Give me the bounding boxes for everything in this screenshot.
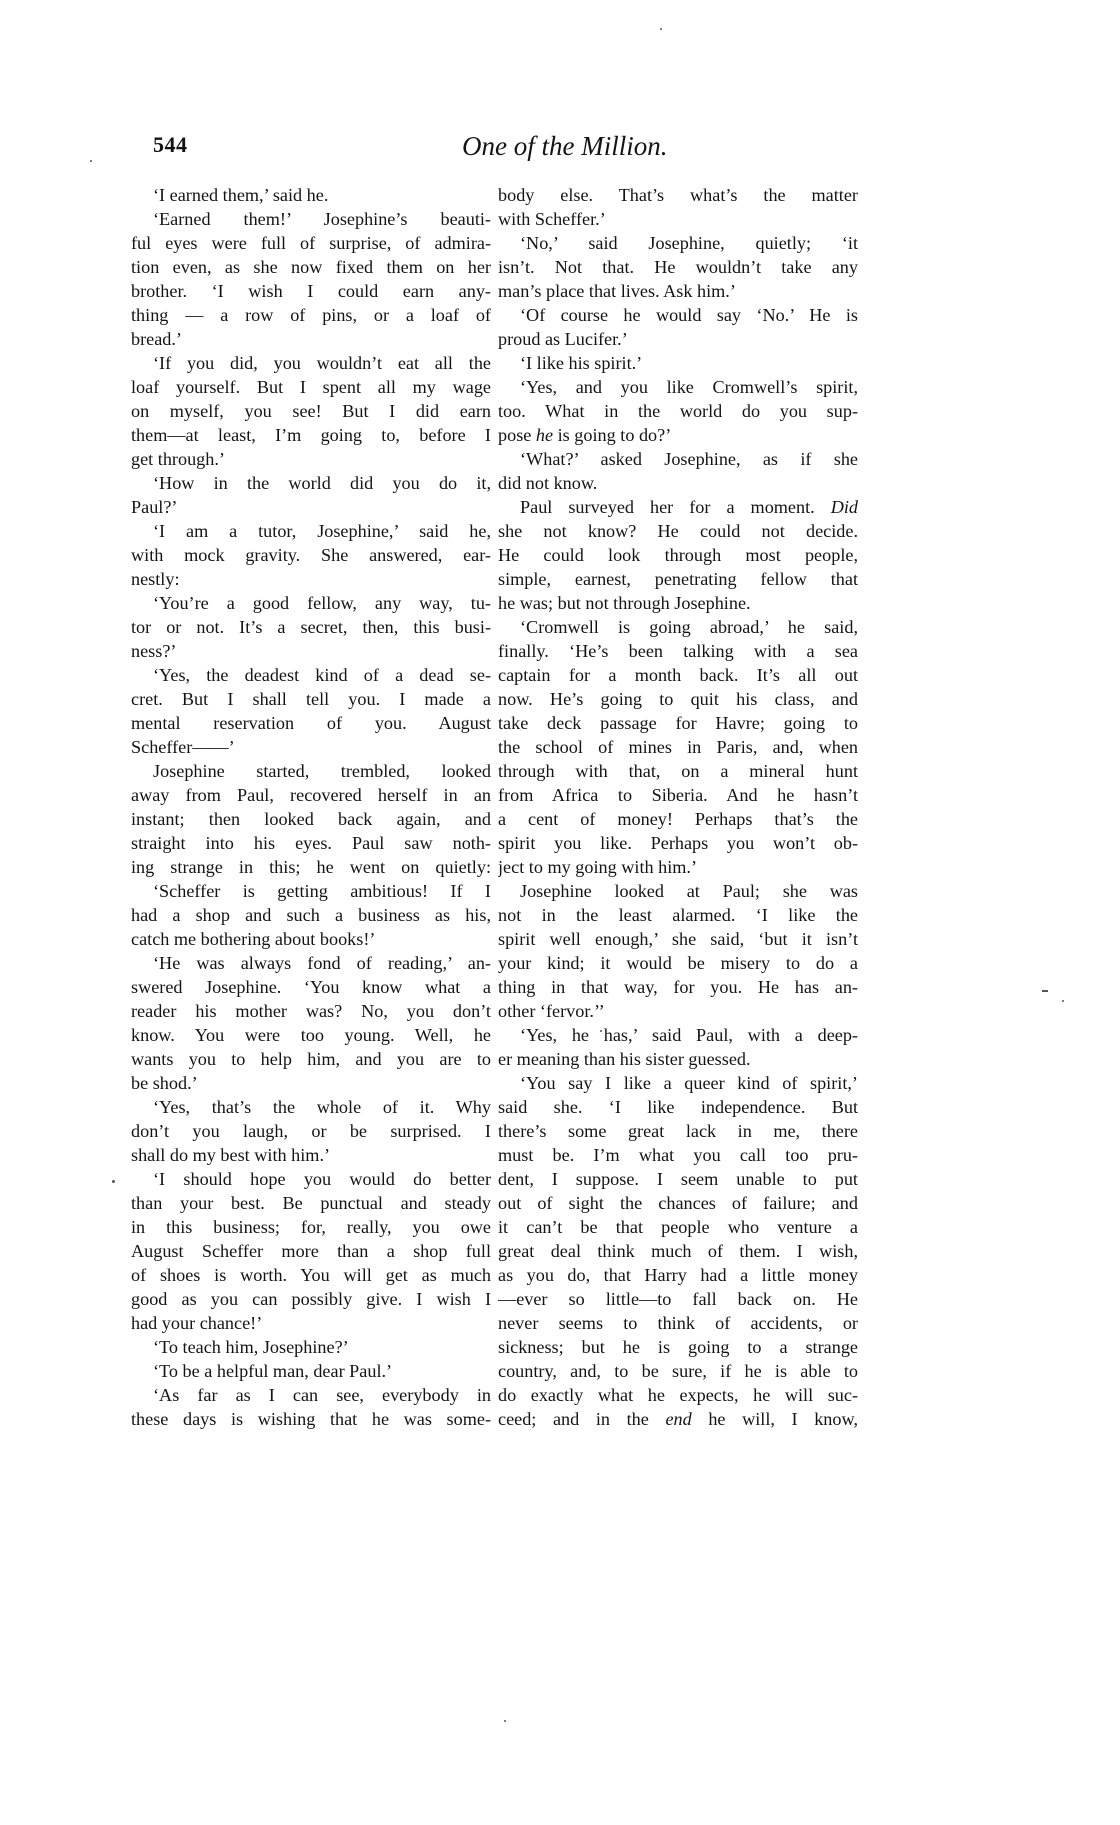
text-line: the school of mines in Paris, and, when xyxy=(498,735,858,759)
text-line: ness?’ xyxy=(131,639,491,663)
page-number: 544 xyxy=(153,132,188,158)
text-line: er meaning than his sister guessed. xyxy=(498,1047,858,1071)
scan-speck xyxy=(1062,1000,1064,1002)
text-line: ‘Of course he would say ‘No.’ He is xyxy=(498,303,858,327)
text-column-right: body else. That’s what’s the matterwith … xyxy=(498,183,858,1431)
emphasis: end xyxy=(665,1409,691,1429)
text-line: ‘I should hope you would do better xyxy=(131,1167,491,1191)
text-line: He could look through most people, xyxy=(498,543,858,567)
scan-speck xyxy=(1042,990,1048,992)
text-line: now. He’s going to quit his class, and xyxy=(498,687,858,711)
scan-speck xyxy=(112,1180,115,1183)
text-line: wants you to help him, and you are to xyxy=(131,1047,491,1071)
text-line: had your chance!’ xyxy=(131,1311,491,1335)
text-line: ‘How in the world did you do it, xyxy=(131,471,491,495)
scan-speck xyxy=(660,28,662,30)
text-line: ‘Yes, the deadest kind of a dead se- xyxy=(131,663,491,687)
text-line: —ever so little—to fall back on. He xyxy=(498,1287,858,1311)
text-line: spirit you like. Perhaps you won’t ob- xyxy=(498,831,858,855)
text-line: thing in that way, for you. He has an- xyxy=(498,975,858,999)
text-line: pose he is going to do?’ xyxy=(498,423,858,447)
text-line: ‘Scheffer is getting ambitious! If I xyxy=(131,879,491,903)
text-line: reader his mother was? No, you don’t xyxy=(131,999,491,1023)
text-line: tion even, as she now fixed them on her xyxy=(131,255,491,279)
text-line: be shod.’ xyxy=(131,1071,491,1095)
text-line: ‘No,’ said Josephine, quietly; ‘it xyxy=(498,231,858,255)
text-line: shall do my best with him.’ xyxy=(131,1143,491,1167)
text-line: get through.’ xyxy=(131,447,491,471)
text-line: ful eyes were full of surprise, of admir… xyxy=(131,231,491,255)
text-line: ‘Yes, and you like Cromwell’s spirit, xyxy=(498,375,858,399)
text-line: captain for a month back. It’s all out xyxy=(498,663,858,687)
text-line: Paul?’ xyxy=(131,495,491,519)
text-line: sickness; but he is going to a strange xyxy=(498,1335,858,1359)
text-line: not in the least alarmed. ‘I like the xyxy=(498,903,858,927)
text-line: it can’t be that people who venture a xyxy=(498,1215,858,1239)
text-line: country, and, to be sure, if he is able … xyxy=(498,1359,858,1383)
text-line: ‘You say I like a queer kind of spirit,’ xyxy=(498,1071,858,1095)
text-line: do exactly what he expects, he will suc- xyxy=(498,1383,858,1407)
text-line: ceed; and in the end he will, I know, xyxy=(498,1407,858,1431)
text-line: ‘Yes, that’s the whole of it. Why xyxy=(131,1095,491,1119)
text-line: with mock gravity. She answered, ear- xyxy=(131,543,491,567)
text-line: dent, I suppose. I seem unable to put xyxy=(498,1167,858,1191)
text-line: tor or not. It’s a secret, then, this bu… xyxy=(131,615,491,639)
text-line: loaf yourself. But I spent all my wage xyxy=(131,375,491,399)
text-line: never seems to think of accidents, or xyxy=(498,1311,858,1335)
text-line: proud as Lucifer.’ xyxy=(498,327,858,351)
text-line: ‘Cromwell is going abroad,’ he said, xyxy=(498,615,858,639)
text-line: man’s place that lives. Ask him.’ xyxy=(498,279,858,303)
text-line: know. You were too young. Well, he xyxy=(131,1023,491,1047)
text-line: of shoes is worth. You will get as much xyxy=(131,1263,491,1287)
scan-speck xyxy=(90,160,92,162)
text-line: too. What in the world do you sup- xyxy=(498,399,858,423)
text-line: in this business; for, really, you owe xyxy=(131,1215,491,1239)
text-line: ‘To be a helpful man, dear Paul.’ xyxy=(131,1359,491,1383)
text-line: ‘I earned them,’ said he. xyxy=(131,183,491,207)
text-line: isn’t. Not that. He wouldn’t take any xyxy=(498,255,858,279)
text-line: brother. ‘I wish I could earn any- xyxy=(131,279,491,303)
text-line: swered Josephine. ‘You know what a xyxy=(131,975,491,999)
text-line: catch me bothering about books!’ xyxy=(131,927,491,951)
text-line: ‘If you did, you wouldn’t eat all the xyxy=(131,351,491,375)
scan-speck xyxy=(600,1030,602,1032)
text-line: other ‘fervor.’’ xyxy=(498,999,858,1023)
text-line: Paul surveyed her for a moment. Did xyxy=(498,495,858,519)
text-line: straight into his eyes. Paul saw noth- xyxy=(131,831,491,855)
text-line: as you do, that Harry had a little money xyxy=(498,1263,858,1287)
text-line: ject to my going with him.’ xyxy=(498,855,858,879)
text-line: these days is wishing that he was some- xyxy=(131,1407,491,1431)
text-line: good as you can possibly give. I wish I xyxy=(131,1287,491,1311)
text-line: take deck passage for Havre; going to xyxy=(498,711,858,735)
text-line: said she. ‘I like independence. But xyxy=(498,1095,858,1119)
text-line: ‘As far as I can see, everybody in xyxy=(131,1383,491,1407)
emphasis: Did xyxy=(831,497,858,517)
text-line: on myself, you see! But I did earn xyxy=(131,399,491,423)
text-line: Scheffer——’ xyxy=(131,735,491,759)
text-line: there’s some great lack in me, there xyxy=(498,1119,858,1143)
emphasis: he xyxy=(536,425,553,445)
text-line: ‘I like his spirit.’ xyxy=(498,351,858,375)
text-line: ‘I am a tutor, Josephine,’ said he, xyxy=(131,519,491,543)
text-line: ing strange in this; he went on quietly: xyxy=(131,855,491,879)
text-line: great deal think much of them. I wish, xyxy=(498,1239,858,1263)
text-line: Josephine started, trembled, looked xyxy=(131,759,491,783)
text-line: don’t you laugh, or be surprised. I xyxy=(131,1119,491,1143)
text-line: through with that, on a mineral hunt xyxy=(498,759,858,783)
text-line: body else. That’s what’s the matter xyxy=(498,183,858,207)
text-line: she not know? He could not decide. xyxy=(498,519,858,543)
text-line: ‘You’re a good fellow, any way, tu- xyxy=(131,591,491,615)
text-line: had a shop and such a business as his, xyxy=(131,903,491,927)
running-title: One of the Million. xyxy=(462,131,667,162)
text-line: than your best. Be punctual and steady xyxy=(131,1191,491,1215)
text-line: ‘What?’ asked Josephine, as if she xyxy=(498,447,858,471)
text-line: August Scheffer more than a shop full xyxy=(131,1239,491,1263)
text-line: Josephine looked at Paul; she was xyxy=(498,879,858,903)
text-line: finally. ‘He’s been talking with a sea xyxy=(498,639,858,663)
text-line: ‘Earned them!’ Josephine’s beauti- xyxy=(131,207,491,231)
text-line: from Africa to Siberia. And he hasn’t xyxy=(498,783,858,807)
text-line: your kind; it would be misery to do a xyxy=(498,951,858,975)
text-line: them—at least, I’m going to, before I xyxy=(131,423,491,447)
text-line: nestly: xyxy=(131,567,491,591)
text-line: he was; but not through Josephine. xyxy=(498,591,858,615)
text-line: bread.’ xyxy=(131,327,491,351)
text-line: ‘Yes, he has,’ said Paul, with a deep- xyxy=(498,1023,858,1047)
text-line: simple, earnest, penetrating fellow that xyxy=(498,567,858,591)
text-line: mental reservation of you. August xyxy=(131,711,491,735)
text-line: with Scheffer.’ xyxy=(498,207,858,231)
text-line: ‘He was always fond of reading,’ an- xyxy=(131,951,491,975)
text-line: cret. But I shall tell you. I made a xyxy=(131,687,491,711)
text-line: out of sight the chances of failure; and xyxy=(498,1191,858,1215)
text-line: away from Paul, recovered herself in an xyxy=(131,783,491,807)
text-line: spirit well enough,’ she said, ‘but it i… xyxy=(498,927,858,951)
text-line: ‘To teach him, Josephine?’ xyxy=(131,1335,491,1359)
text-line: instant; then looked back again, and xyxy=(131,807,491,831)
text-line: thing — a row of pins, or a loaf of xyxy=(131,303,491,327)
text-column-left: ‘I earned them,’ said he.‘Earned them!’ … xyxy=(131,183,491,1431)
text-line: did not know. xyxy=(498,471,858,495)
scan-speck xyxy=(504,1720,506,1722)
text-line: must be. I’m what you call too pru- xyxy=(498,1143,858,1167)
text-line: a cent of money! Perhaps that’s the xyxy=(498,807,858,831)
